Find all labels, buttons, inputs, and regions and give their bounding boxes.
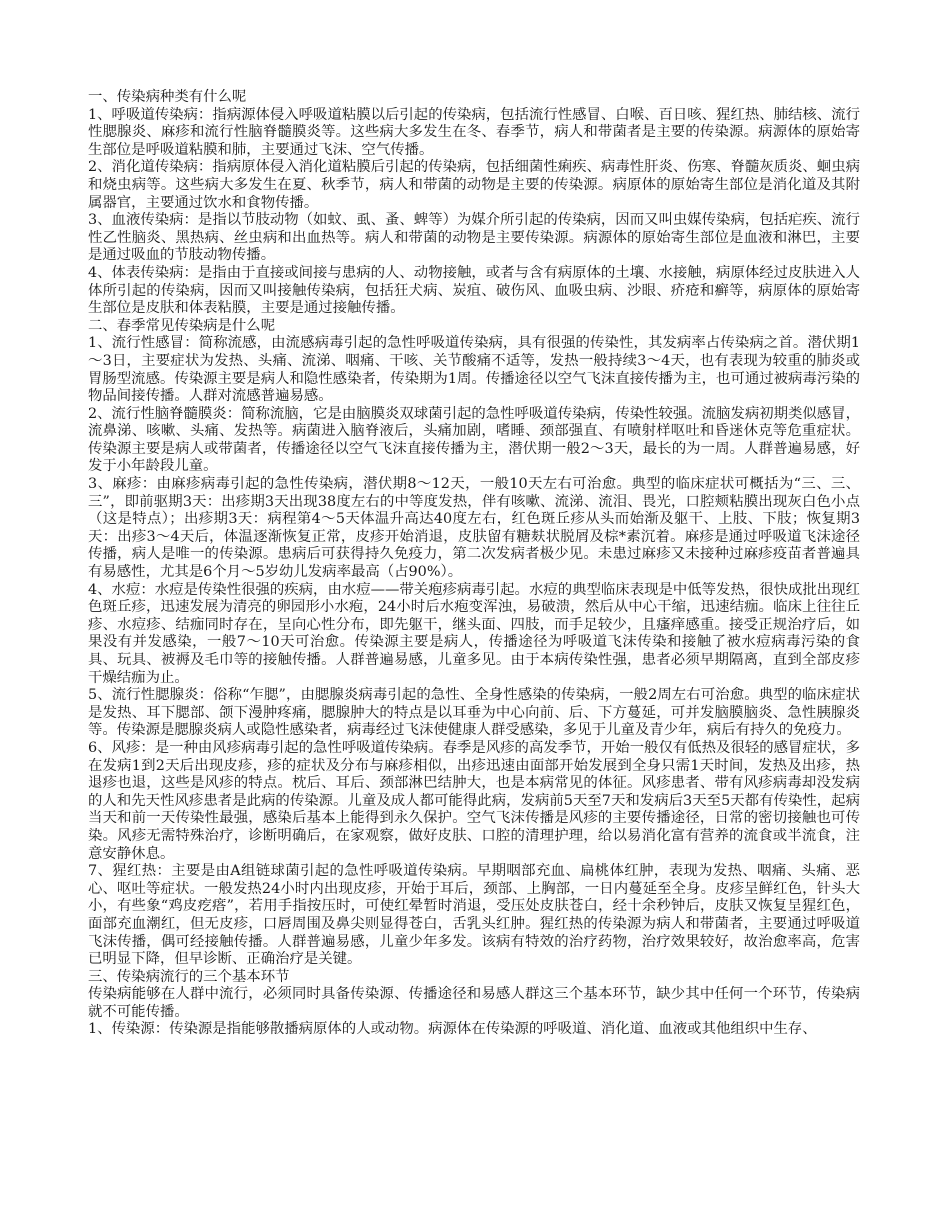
paragraph: 4、水痘：水痘是传染性很强的疾病，由水痘——带关疱疹病毒引起。水痘的典型临床表现… (88, 582, 860, 688)
paragraph: 传染病能够在人群中流行，必须同时具备传染源、传播途径和易感人群这三个基本环节，缺… (88, 986, 860, 1021)
section-heading-2: 二、春季常见传染病是什么呢 (88, 318, 860, 336)
section-heading-3: 三、传染病流行的三个基本环节 (88, 969, 860, 987)
paragraph: 4、体表传染病：是指由于直接或间接与患病的人、动物接触，或者与含有病原体的土壤、… (88, 265, 860, 318)
section-heading-1: 一、传染病种类有什么呢 (88, 89, 860, 107)
paragraph: 7、猩红热：主要是由A组链球菌引起的急性呼吸道传染病。早期咽部充血、扁桃体红肿，… (88, 863, 860, 969)
paragraph: 1、流行性感冒：简称流感，由流感病毒引起的急性呼吸道传染病，具有很强的传染性，其… (88, 335, 860, 405)
document-body: 一、传染病种类有什么呢 1、呼吸道传染病：指病源体侵入呼吸道粘膜以后引起的传染病… (88, 89, 860, 1039)
paragraph: 6、风疹：是一种由风疹病毒引起的急性呼吸道传染病。春季是风疹的高发季节，开始一般… (88, 740, 860, 863)
paragraph: 1、传染源：传染源是指能够散播病原体的人或动物。病源体在传染源的呼吸道、消化道、… (88, 1021, 860, 1039)
paragraph: 3、麻疹：由麻疹病毒引起的急性传染病，潜伏期8～12天，一般10天左右可治愈。典… (88, 476, 860, 582)
paragraph: 5、流行性腮腺炎：俗称“乍腮”，由腮腺炎病毒引起的急性、全身性感染的传染病，一般… (88, 687, 860, 740)
paragraph: 2、流行性脑脊髓膜炎：简称流脑，它是由脑膜炎双球菌引起的急性呼吸道传染病，传染性… (88, 406, 860, 476)
paragraph: 2、消化道传染病：指病原体侵入消化道粘膜后引起的传染病，包括细菌性痢疾、病毒性肝… (88, 159, 860, 212)
paragraph: 3、血液传染病：是指以节肢动物（如蚊、虱、蚤、蜱等）为媒介所引起的传染病，因而又… (88, 212, 860, 265)
paragraph: 1、呼吸道传染病：指病源体侵入呼吸道粘膜以后引起的传染病，包括流行性感冒、白喉、… (88, 107, 860, 160)
